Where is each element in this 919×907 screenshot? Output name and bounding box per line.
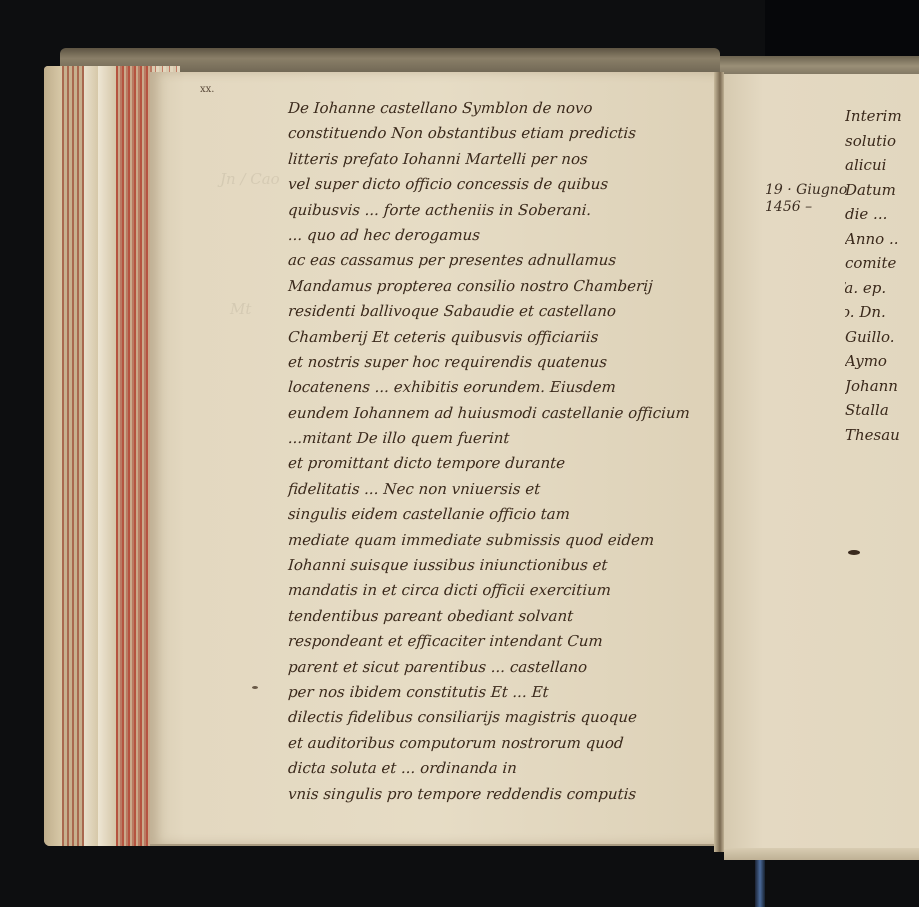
margin-note-year: 1456 –	[765, 199, 847, 216]
text-line: Thesau	[845, 423, 919, 448]
page-edge	[98, 66, 116, 846]
text-line: vel super dicto officio concessis de qui…	[287, 172, 709, 197]
page-edge-red	[116, 66, 152, 846]
text-line: Stalla	[845, 398, 919, 423]
text-line: mediate quam immediate submissis quod ei…	[287, 528, 709, 553]
text-line: vnis singulis pro tempore reddendis comp…	[287, 782, 709, 807]
text-line: ...mitant De illo quem fuerint	[287, 426, 709, 451]
text-line: Johann	[845, 374, 919, 399]
bleed-through-text: Jn / Cao	[220, 170, 280, 188]
text-line: singulis eidem castellanie officio tam	[287, 502, 709, 527]
text-line: alicui	[845, 153, 919, 178]
text-line: eundem Iohannem ad huiusmodi castellanie…	[287, 401, 709, 426]
dark-backdrop	[765, 0, 919, 62]
text-line: comite	[845, 251, 919, 276]
text-line: et promittant dicto tempore durante	[287, 451, 709, 476]
text-line: ... quo ad hec derogamus	[287, 223, 709, 248]
margin-date-note: 19 · Giugno 1456 –	[765, 182, 847, 216]
text-line: dilectis fidelibus consiliarijs magistri…	[287, 705, 709, 730]
bleed-through-text: Mt	[230, 300, 251, 318]
text-line: die ...	[845, 202, 919, 227]
book-cover-top-edge-right	[720, 56, 919, 76]
text-line: solutio	[845, 129, 919, 154]
text-line: parent et sicut parentibus ... castellan…	[287, 655, 709, 680]
text-line: et nostris super hoc requirendis quatenu…	[287, 350, 709, 375]
text-line: Interim	[845, 104, 919, 129]
text-line: Anno ..	[845, 227, 919, 252]
text-line: per nos ibidem constitutis Et ... Et	[287, 680, 709, 705]
text-line: fidelitatis ... Nec non vniuersis et	[287, 477, 709, 502]
text-line: quibusvis ... forte actheniis in Soberan…	[287, 198, 709, 223]
recto-bottom-edge	[724, 848, 919, 860]
page-edge	[84, 66, 98, 846]
ink-blot	[252, 686, 258, 689]
text-line: Mandamus propterea consilio nostro Chamb…	[287, 274, 709, 299]
text-line: respondeant et efficaciter intendant Cum	[287, 629, 709, 654]
text-line: locatenens ... exhibitis eorundem. Eiusd…	[287, 375, 709, 400]
page-edge	[44, 66, 62, 846]
text-line: et auditoribus computorum nostrorum quod	[287, 731, 709, 756]
text-line: Jo. Dn.	[845, 300, 919, 325]
text-line: residenti ballivoque Sabaudie et castell…	[287, 299, 709, 324]
manuscript-photo: Jn / Cao Mt xx. De Iohanne castellano Sy…	[0, 0, 919, 907]
recto-handwritten-text: Interim solutio alicui Datum die ... Ann…	[845, 104, 919, 447]
text-line: Datum	[845, 178, 919, 203]
text-line: Guillo.	[845, 325, 919, 350]
text-line: Aymo	[845, 349, 919, 374]
blue-binding-strip	[755, 860, 765, 907]
text-line: mandatis in et circa dicti officii exerc…	[287, 578, 709, 603]
page-edge-red	[62, 66, 84, 846]
gutter	[714, 72, 724, 852]
ink-blot	[848, 550, 860, 555]
text-line: Chamberij Et ceteris quibusvis officiari…	[287, 325, 709, 350]
text-line: dicta soluta et ... ordinanda in	[287, 756, 709, 781]
margin-note-date: 19 · Giugno	[765, 182, 847, 199]
text-line: Fa. ep.	[845, 276, 919, 301]
text-line: litteris prefato Iohanni Martelli per no…	[287, 147, 709, 172]
folio-mark: xx.	[200, 84, 214, 95]
text-line: ac eas cassamus per presentes adnullamus	[287, 248, 709, 273]
text-line: De Iohanne castellano Symblon de novo	[287, 96, 709, 121]
text-line: constituendo Non obstantibus etiam predi…	[287, 121, 709, 146]
verso-handwritten-text: De Iohanne castellano Symblon de novo co…	[288, 96, 708, 807]
text-line: Iohanni suisque iussibus iniunctionibus …	[287, 553, 709, 578]
text-line: tendentibus pareant obediant solvant	[287, 604, 709, 629]
